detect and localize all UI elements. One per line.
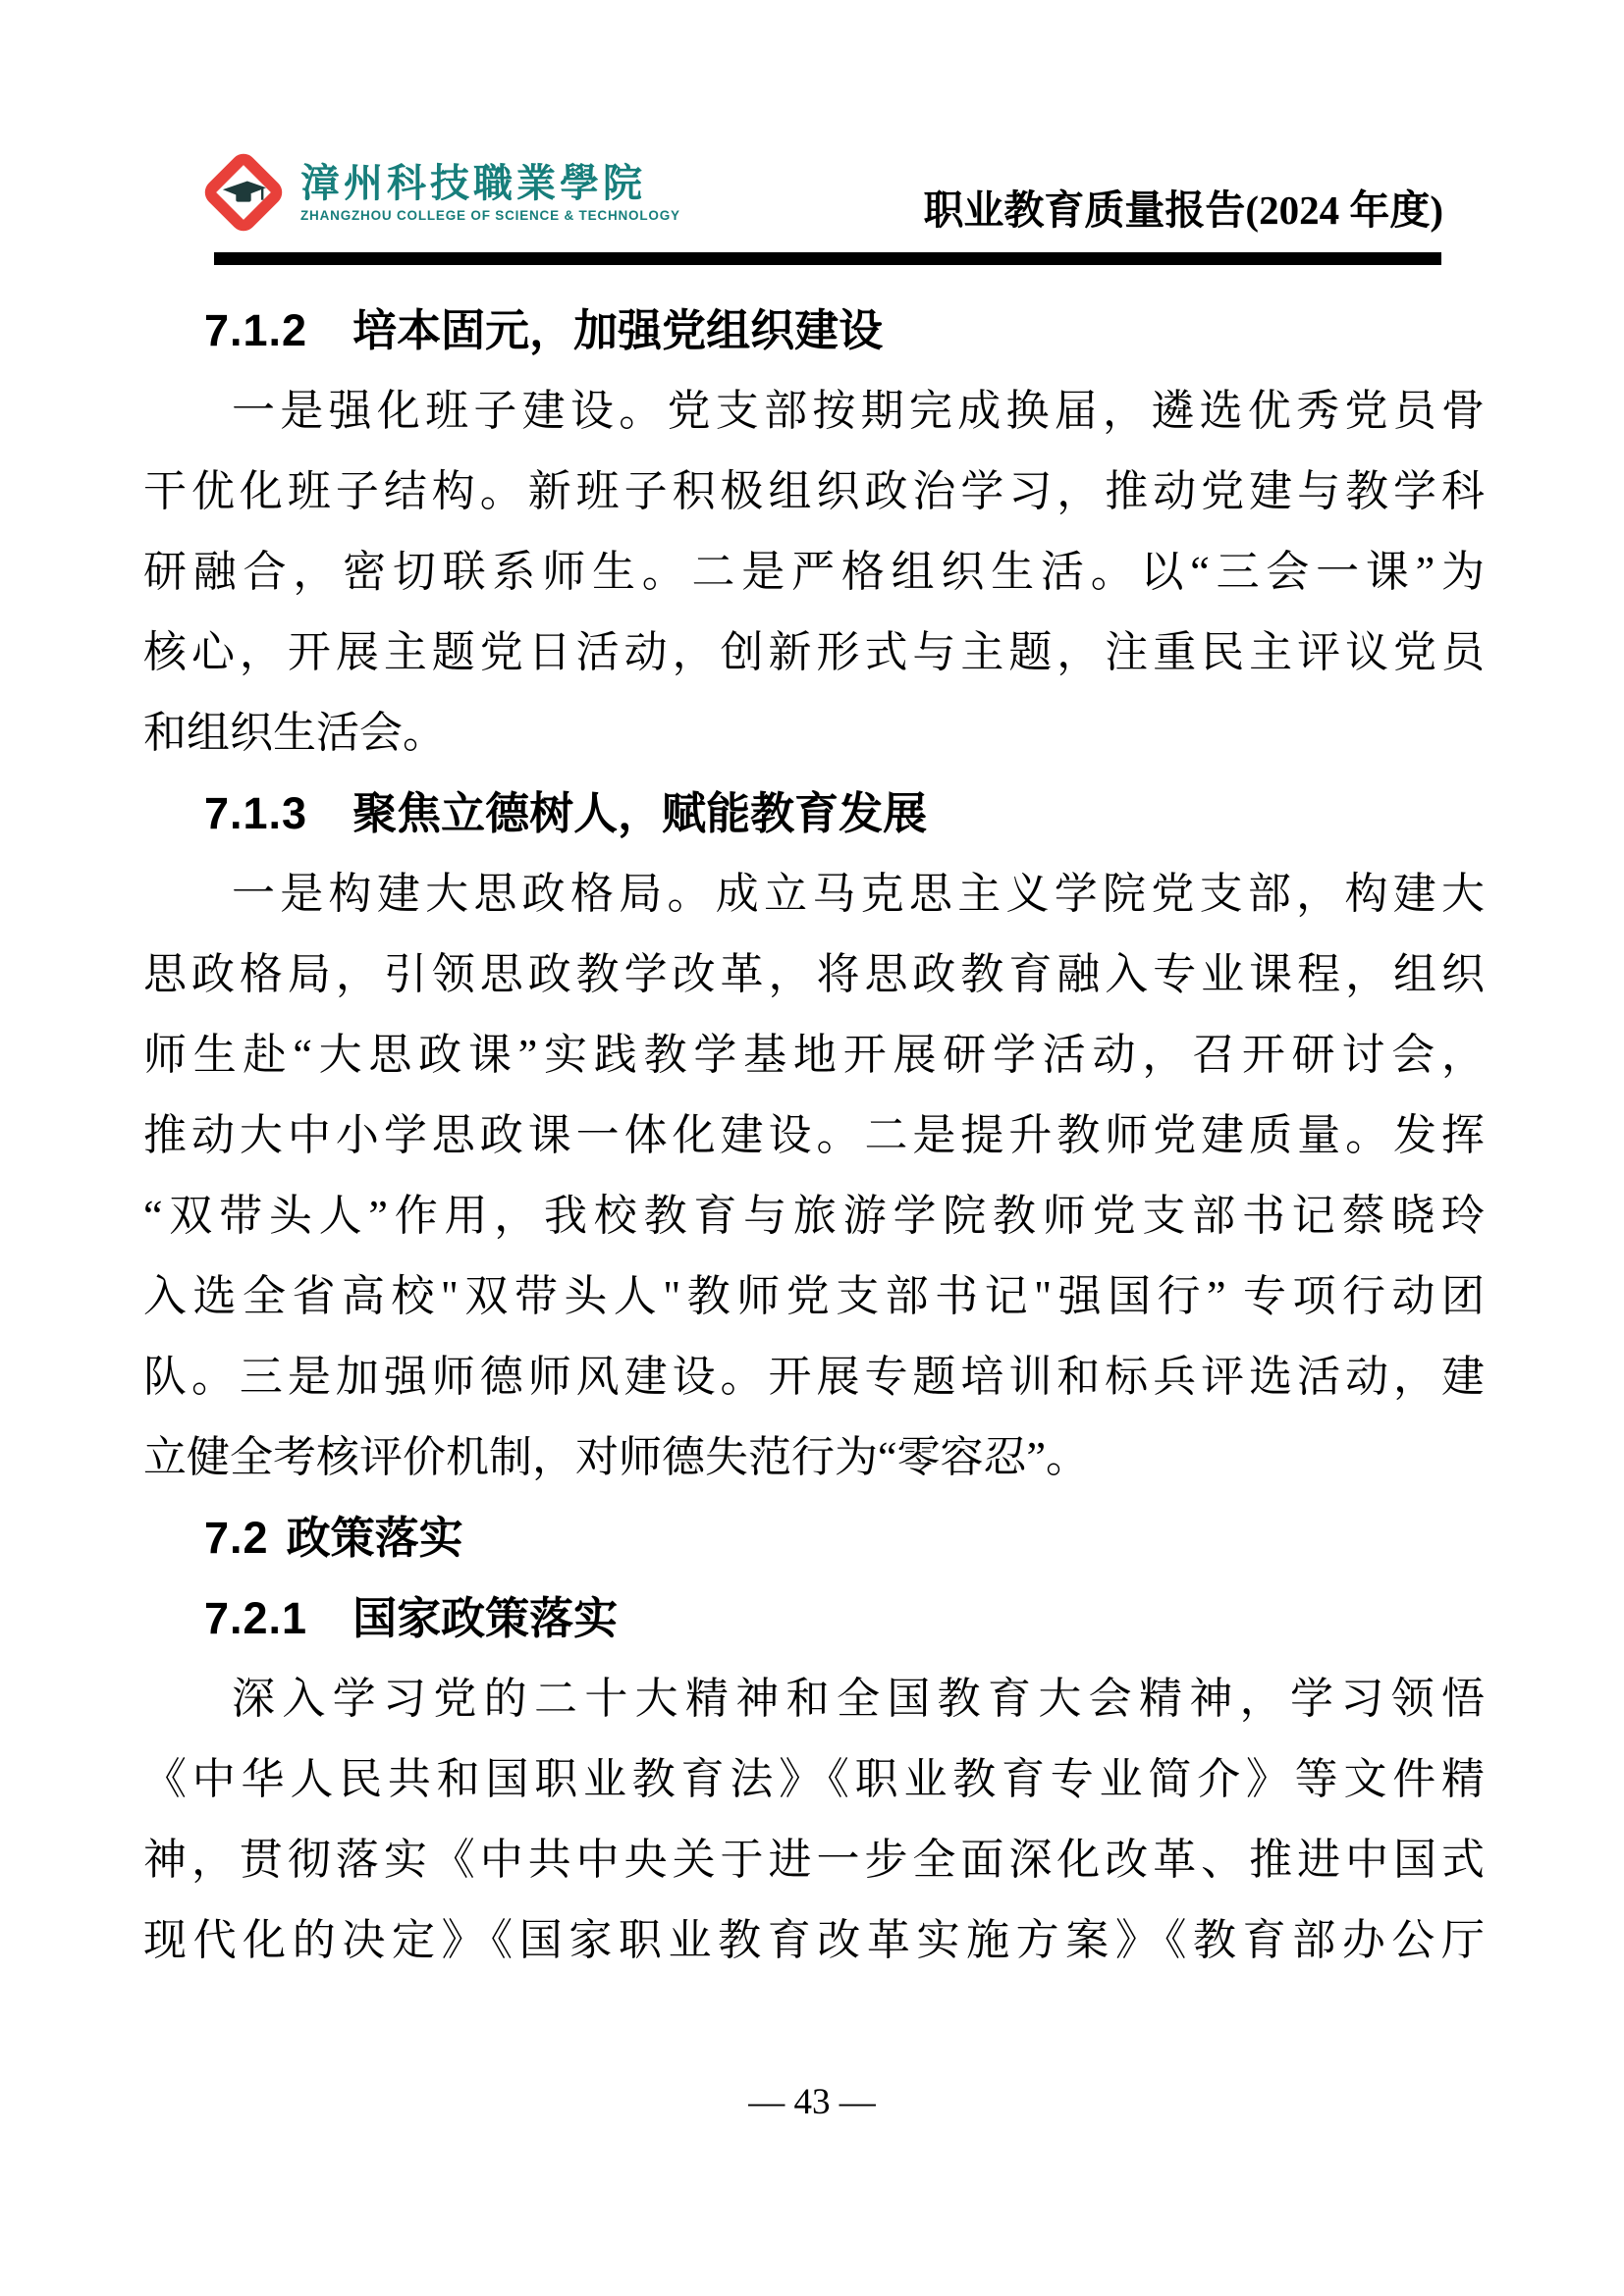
paragraph-line: 师生赴“大思政课”实践教学基地开展研学活动，召开研讨会，: [143, 1015, 1485, 1095]
graduation-cap-diamond-icon: [196, 145, 291, 240]
report-page: 漳州科技職業學院 ZHANGZHOU COLLEGE OF SCIENCE & …: [0, 0, 1624, 2296]
heading-7-1-3: 7.1.3聚焦立德树人，赋能教育发展: [204, 774, 1485, 854]
heading-title: 国家政策落实: [352, 1593, 618, 1643]
heading-title: 政策落实: [287, 1513, 463, 1563]
heading-number: 7.1.2: [204, 305, 307, 355]
paragraph-line: 和组织生活会。: [143, 693, 1485, 774]
paragraph-line: 队。三是加强师德师风建设。开展专题培训和标兵评选活动，建: [143, 1337, 1485, 1417]
paragraph-line: “双带头人”作用，我校教育与旅游学院教师党支部书记蔡晓玲: [143, 1176, 1485, 1256]
page-header: 漳州科技職業學院 ZHANGZHOU COLLEGE OF SCIENCE & …: [196, 145, 1443, 240]
paragraph-line: 思政格局，引领思政教学改革，将思政教育融入专业课程，组织: [143, 934, 1485, 1015]
paragraph-line: 研融合，密切联系师生。二是严格组织生活。以“三会一课”为: [143, 532, 1485, 613]
paragraph-line: 一是构建大思政格局。成立马克思主义学院党支部，构建大: [143, 854, 1485, 934]
heading-number: 7.2.1: [204, 1593, 307, 1643]
college-name-block: 漳州科技職業學院 ZHANGZHOU COLLEGE OF SCIENCE & …: [300, 162, 680, 223]
college-logo: 漳州科技職業學院 ZHANGZHOU COLLEGE OF SCIENCE & …: [196, 145, 680, 240]
report-title: 职业教育质量报告(2024 年度): [923, 178, 1443, 240]
document-body: 7.1.2培本固元，加强党组织建设 一是强化班子建设。党支部按期完成换届，遴选优…: [143, 291, 1485, 1981]
heading-number: 7.2: [204, 1513, 269, 1563]
paragraph-line: 核心，开展主题党日活动，创新形式与主题，注重民主评议党员: [143, 613, 1485, 693]
heading-title: 培本固元，加强党组织建设: [352, 305, 883, 355]
paragraph-line: 立健全考核评价机制，对师德失范行为“零容忍”。: [143, 1417, 1485, 1498]
page-number: — 43 —: [748, 2082, 876, 2122]
college-name-en: ZHANGZHOU COLLEGE OF SCIENCE & TECHNOLOG…: [300, 208, 680, 223]
paragraph-line: 一是强化班子建设。党支部按期完成换届，遴选优秀党员骨: [143, 371, 1485, 452]
heading-title: 聚焦立德树人，赋能教育发展: [352, 788, 927, 838]
paragraph-line: 推动大中小学思政课一体化建设。二是提升教师党建质量。发挥: [143, 1095, 1485, 1176]
heading-7-2-1: 7.2.1国家政策落实: [204, 1578, 1485, 1659]
paragraph-line: 《中华人民共和国职业教育法》《职业教育专业简介》等文件精: [143, 1739, 1485, 1820]
paragraph-line: 入选全省高校"双带头人"教师党支部书记"强国行” 专项行动团: [143, 1256, 1485, 1337]
header-rule: [214, 252, 1441, 265]
page-footer: — 43 —: [0, 2073, 1624, 2132]
college-name-zh: 漳州科技職業學院: [300, 162, 680, 205]
heading-7-1-2: 7.1.2培本固元，加强党组织建设: [204, 291, 1485, 371]
paragraph-line: 现代化的决定》《国家职业教育改革实施方案》《教育部办公厅: [143, 1900, 1485, 1981]
paragraph-line: 干优化班子结构。新班子积极组织政治学习，推动党建与教学科: [143, 452, 1485, 532]
paragraph-line: 神，贯彻落实《中共中央关于进一步全面深化改革、推进中国式: [143, 1820, 1485, 1900]
paragraph-line: 深入学习党的二十大精神和全国教育大会精神，学习领悟: [143, 1659, 1485, 1739]
heading-7-2: 7.2政策落实: [204, 1498, 1485, 1578]
heading-number: 7.1.3: [204, 788, 307, 838]
